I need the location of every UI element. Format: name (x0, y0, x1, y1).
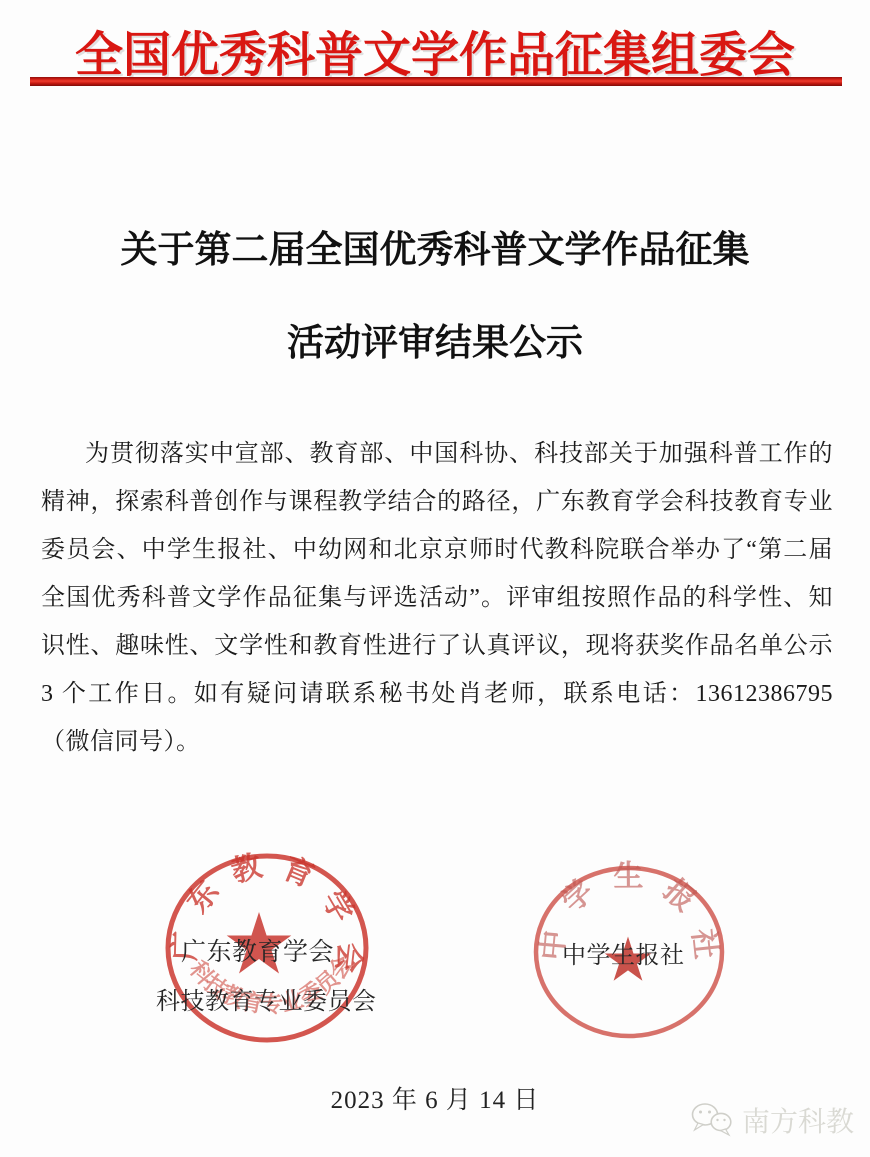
wechat-icon (689, 1101, 735, 1139)
signature-left-line2: 科技教育专业委员会 (156, 981, 377, 1016)
document-page: 全国优秀科普文学作品征集组委会 关于第二届全国优秀科普文学作品征集 活动评审结果… (0, 0, 870, 1157)
letterhead-divider-line (30, 77, 842, 86)
doc-title-line2: 活动评审结果公示 (0, 312, 870, 366)
watermark-label: 南方科教 (742, 1100, 854, 1140)
signature-right-line1: 中学生报社 (562, 935, 685, 970)
watermark: 南方科教 (689, 1100, 854, 1140)
doc-title-line1: 关于第二届全国优秀科普文学作品征集 (0, 219, 870, 273)
letterhead-org-name: 全国优秀科普文学作品征集组委会 (0, 16, 870, 85)
body-paragraph: 为贯彻落实中宣部、教育部、中国科协、科技部关于加强科普工作的精神，探索科普创作与… (41, 430, 833, 766)
signature-left-line1: 广东教育学会 (181, 932, 334, 968)
